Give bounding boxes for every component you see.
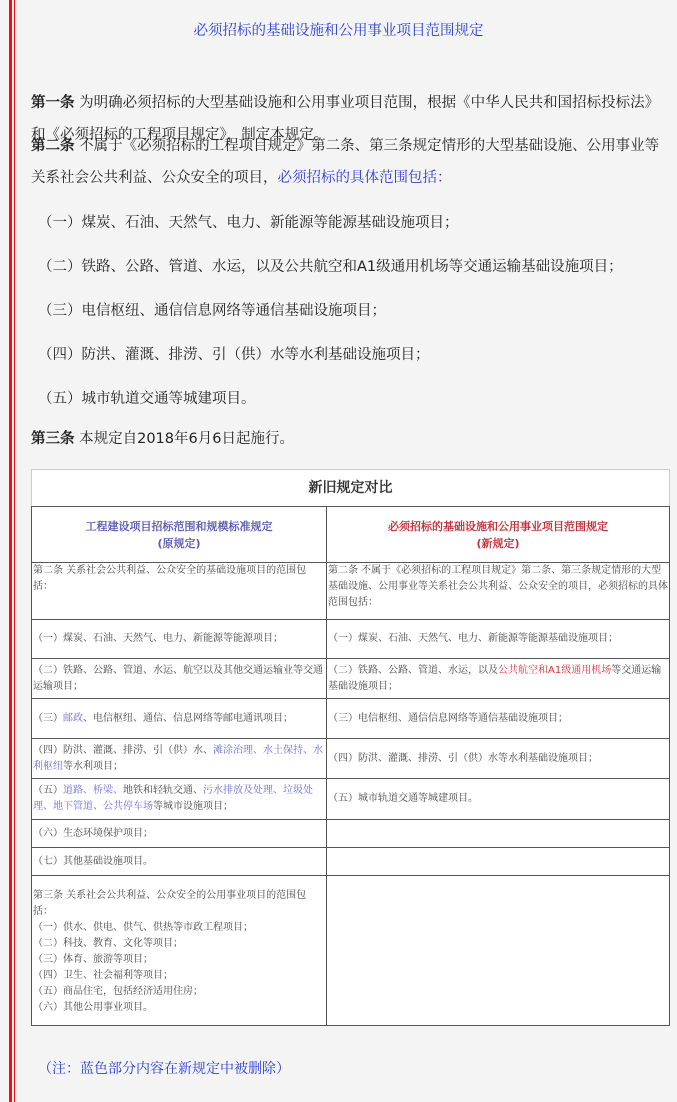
new-cell — [327, 848, 670, 876]
article-3: 第三条 本规定自2018年6月6日起施行。 — [31, 423, 663, 455]
old-text: （二）科技、教育、文化等项目； — [33, 936, 325, 952]
article-2-highlight: 必须招标的具体范围包括： — [278, 170, 452, 186]
document-title: 必须招标的基础设施和公用事业项目范围规定 — [0, 19, 677, 40]
new-rule-name: 必须招标的基础设施和公用事业项目范围规定 — [328, 518, 668, 535]
deleted-text: 道路、桥梁、 — [63, 785, 123, 796]
old-text: 等水利项目； — [63, 761, 123, 772]
comparison-table: 新旧规定对比 工程建设项目招标范围和规模标准规定 (原规定) 必须招标的基础设施… — [31, 469, 670, 1026]
old-rule-header: 工程建设项目招标范围和规模标准规定 (原规定) — [32, 507, 327, 563]
article-1-label: 第一条 — [31, 95, 75, 111]
old-cell: （二）铁路、公路、管道、水运、航空以及其他交通运输业等交通运输项目； — [32, 659, 327, 699]
list-item: （二）铁路、公路、管道、水运，以及公共航空和A1级通用机场等交通运输基础设施项目… — [38, 255, 623, 276]
old-cell: （四）防洪、灌溉、排涝、引（供）水、滩涂治理、水土保持、水利枢纽等水利项目； — [32, 739, 327, 779]
new-cell: （一）煤炭、石油、天然气、电力、新能源等能源基础设施项目； — [327, 620, 670, 659]
new-cell: （五）城市轨道交通等城建项目。 — [327, 779, 670, 820]
article-2: 第二条 不属于《必须招标的工程项目规定》第二条、第三条规定情形的大型基础设施、公… — [31, 130, 663, 194]
left-accent-line — [14, 0, 15, 1102]
table-row: （七）其他基础设施项目。 — [32, 848, 670, 876]
list-item: （三）电信枢纽、通信信息网络等通信基础设施项目； — [38, 299, 386, 320]
table-header-row: 工程建设项目招标范围和规模标准规定 (原规定) 必须招标的基础设施和公用事业项目… — [32, 507, 670, 563]
article-2-label: 第二条 — [31, 138, 75, 154]
new-text: （二）铁路、公路、管道、水运，以及 — [328, 665, 498, 676]
new-rule-header: 必须招标的基础设施和公用事业项目范围规定 (新规定) — [327, 507, 670, 563]
new-rule-tag: (新规定) — [328, 535, 668, 552]
left-accent-bar — [9, 0, 12, 1102]
old-cell: 第二条 关系社会公共利益、公众安全的基础设施项目的范围包括： — [32, 563, 327, 620]
table-row: 第三条 关系社会公共利益、公众安全的公用事业项目的范围包括： （一）供水、供电、… — [32, 876, 670, 1026]
old-text: （五）商品住宅，包括经济适用住房； — [33, 984, 325, 1000]
list-item: （四）防洪、灌溉、排涝、引（供）水等水利基础设施项目； — [38, 343, 430, 364]
article-3-label: 第三条 — [31, 431, 75, 447]
table-row: （六）生态环境保护项目； — [32, 820, 670, 848]
new-cell — [327, 820, 670, 848]
old-text: （六）其他公用事业项目。 — [33, 1000, 325, 1016]
old-text: 第三条 关系社会公共利益、公众安全的公用事业项目的范围包括： — [33, 888, 325, 920]
old-cell: （五）道路、桥梁、地铁和轻轨交通、污水排放及处理、垃圾处理、地下管道、公共停车场… — [32, 779, 327, 820]
list-item: （五）城市轨道交通等城建项目。 — [38, 387, 256, 408]
table-row: （一）煤炭、石油、天然气、电力、新能源等能源项目； （一）煤炭、石油、天然气、电… — [32, 620, 670, 659]
old-rule-tag: (原规定) — [33, 535, 325, 552]
old-cell: （一）煤炭、石油、天然气、电力、新能源等能源项目； — [32, 620, 327, 659]
old-cell: （六）生态环境保护项目； — [32, 820, 327, 848]
table-title: 新旧规定对比 — [32, 470, 670, 507]
table-row: （三）邮政、电信枢纽、通信、信息网络等邮电通讯项目； （三）电信枢纽、通信信息网… — [32, 699, 670, 739]
old-rule-name: 工程建设项目招标范围和规模标准规定 — [33, 518, 325, 535]
old-text: 地铁和轻轨交通、 — [123, 785, 203, 796]
old-text: （四）卫生、社会福利等项目； — [33, 968, 325, 984]
old-text: （一）供水、供电、供气、供热等市政工程项目； — [33, 920, 325, 936]
old-text: 、电信枢纽、通信、信息网络等邮电通讯项目； — [83, 713, 293, 724]
old-text: （四）防洪、灌溉、排涝、引（供）水、 — [33, 745, 213, 756]
added-text: 公共航空和A1级通用机场 — [498, 665, 611, 676]
new-cell — [327, 876, 670, 1026]
new-cell: 第二条 不属于《必须招标的工程项目规定》第二条、第三条规定情形的大型基础设施、公… — [327, 563, 670, 620]
list-item: （一）煤炭、石油、天然气、电力、新能源等能源基础设施项目； — [38, 211, 459, 232]
table-row: 第二条 关系社会公共利益、公众安全的基础设施项目的范围包括： 第二条 不属于《必… — [32, 563, 670, 620]
new-cell: （三）电信枢纽、通信信息网络等通信基础设施项目； — [327, 699, 670, 739]
old-cell: （七）其他基础设施项目。 — [32, 848, 327, 876]
new-cell: （四）防洪、灌溉、排涝、引（供）水等水利基础设施项目； — [327, 739, 670, 779]
table-row: （二）铁路、公路、管道、水运、航空以及其他交通运输业等交通运输项目； （二）铁路… — [32, 659, 670, 699]
new-cell: （二）铁路、公路、管道、水运，以及公共航空和A1级通用机场等交通运输基础设施项目… — [327, 659, 670, 699]
old-text: 等城市设施项目； — [153, 801, 233, 812]
old-text: （三） — [33, 713, 63, 724]
deleted-text: 邮政 — [63, 713, 83, 724]
old-text: （五） — [33, 785, 63, 796]
old-text: （三）体育、旅游等项目； — [33, 952, 325, 968]
old-cell: （三）邮政、电信枢纽、通信、信息网络等邮电通讯项目； — [32, 699, 327, 739]
footnote: （注：蓝色部分内容在新规定中被删除） — [38, 1058, 290, 1078]
table-row: （五）道路、桥梁、地铁和轻轨交通、污水排放及处理、垃圾处理、地下管道、公共停车场… — [32, 779, 670, 820]
table-title-row: 新旧规定对比 — [32, 470, 670, 507]
article-3-text: 本规定自2018年6月6日起施行。 — [75, 431, 294, 447]
old-cell: 第三条 关系社会公共利益、公众安全的公用事业项目的范围包括： （一）供水、供电、… — [32, 876, 327, 1026]
table-row: （四）防洪、灌溉、排涝、引（供）水、滩涂治理、水土保持、水利枢纽等水利项目； （… — [32, 739, 670, 779]
